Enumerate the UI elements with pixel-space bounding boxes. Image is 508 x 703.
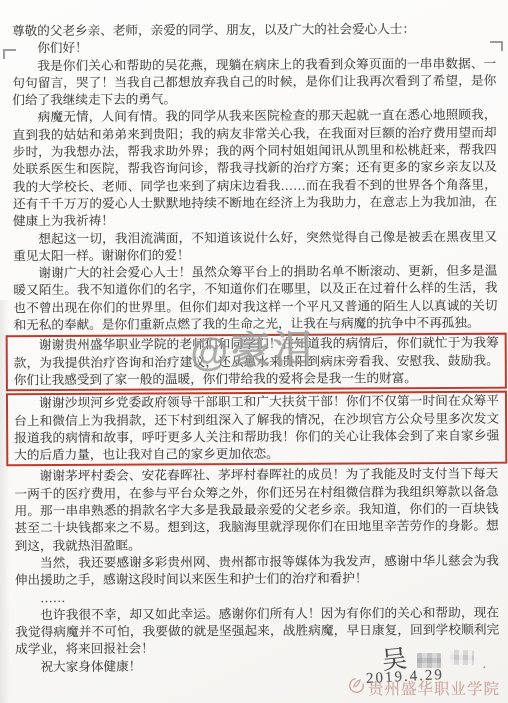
redacted-name-mosaic xyxy=(449,650,474,666)
bottom-watermark-text: 贵州盛华职业学院 xyxy=(368,677,500,699)
paragraph-township-thanks: 谢谢沙坝河乡党委政府领导干部职工和广大扶贫干部！你们不仅第一时间在众筹平台上和微… xyxy=(14,393,499,465)
paragraph-friends-help: 病魔无情，人间有情。我的同学从我来医院检查的那天起就一直在悉心地照顾我，直到我的… xyxy=(12,107,497,231)
signature-dot: . xyxy=(483,657,487,673)
paragraph-college-thanks: 谢谢贵州盛华职业学院的老师们和同学们！在知道我的病情后，你们就忙于为我筹款，为我… xyxy=(14,335,499,389)
paragraph-village-thanks: 谢谢茅坪村委会、安花春晖社、茅坪村春晖社的成员！为了我能及时支付当下每天一两千的… xyxy=(14,466,498,555)
redacted-name-mosaic xyxy=(417,653,441,668)
paragraph-gratitude: 想起这一切，我泪流满面，不知道该说什么好，突然觉得自己像是被丢在黑夜里又重见太阳… xyxy=(13,228,497,265)
paragraph-public-donors: 谢谢广大的社会爱心人士！虽然众筹平台上的捐助名单不断滚动、更新，但多是温暖又陌生… xyxy=(13,263,497,335)
letter-body: 尊敬的父老乡亲、老师，亲爱的同学、朋友，以及广大的社会爱心人士： 你们好！ 我是… xyxy=(12,21,499,677)
highlight-box-college: 谢谢贵州盛华职业学院的老师们和同学们！在知道我的病情后，你们就忙于为我筹款，为我… xyxy=(6,333,507,392)
paragraph-intro: 我是你们关心和帮助的吴花燕，现躺在病床上的我看到众筹页面的一串串数据、一句句留言… xyxy=(12,55,496,109)
paragraph-media-thanks: 当然，我还要感谢多彩贵州网、贵州都市报等媒体为我发声，感谢中华儿慈会为我伸出援助… xyxy=(15,553,499,590)
bottom-watermark-row: 贵州盛华职业学院 xyxy=(348,677,500,699)
highlight-box-township: 谢谢沙坝河乡党委政府领导干部职工和广大扶贫干部！你们不仅第一时间在众筹平台上和微… xyxy=(6,391,507,467)
school-logo-icon xyxy=(348,677,365,699)
